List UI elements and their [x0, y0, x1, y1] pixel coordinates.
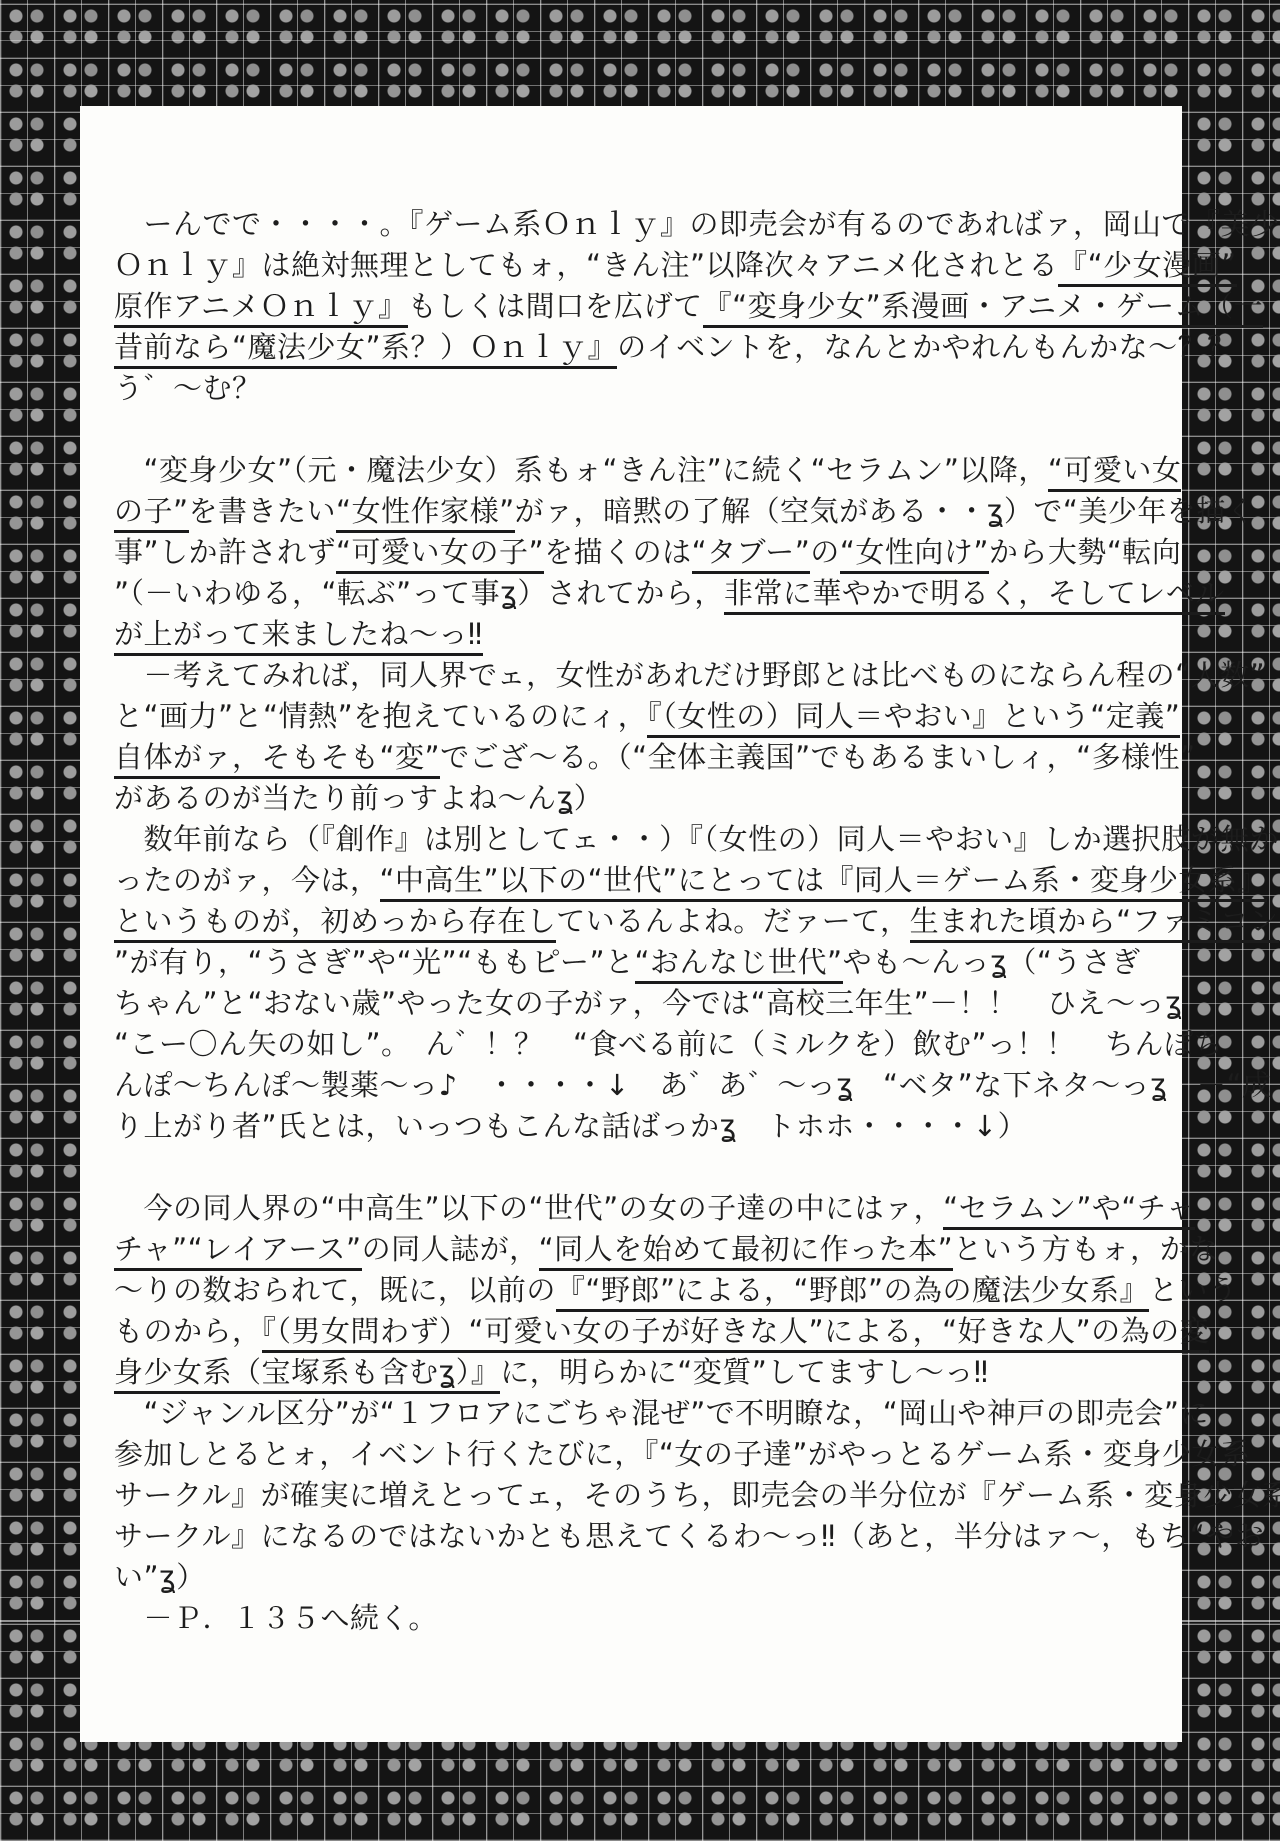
- text-line: －考えてみれば，同人界でェ，女性があれだけ野郎とは比べものにならん程の“人数”: [114, 655, 1172, 696]
- paragraph: “変身少女”（元・魔法少女）系もォ“きん注”に続く“セラムン”以降，“可愛い女の…: [114, 450, 1172, 655]
- text-segment: ーんでで・・・・。『ゲーム系Ｏｎｌｙ』の即売会が有るのであればァ，岡山で『美少女…: [114, 207, 1280, 241]
- text-line: “こー〇ん矢の如し”。 ん゛！？ “食べる前に（ミルクを）飲む”っ！！ ちんぽち: [114, 1024, 1172, 1065]
- text-line: ”が有り，“うさぎ”や“光”“ももピー”と“おんなじ世代”やも～んっʓ（“うさぎ: [114, 942, 1172, 983]
- underlined-text-segment: 『（男女問わず）“可愛い女の子が好きな人”による，“好きな人”の為の変: [262, 1314, 1210, 1353]
- text-segment: やも～んっʓ（“うさぎ: [843, 945, 1141, 979]
- underlined-text-segment: 原作アニメＯｎｌｙ』: [114, 289, 408, 328]
- underlined-text-segment: というものが，初めっから存在し: [114, 904, 556, 943]
- text-segment: もしくは間口を広げて: [408, 289, 703, 323]
- underlined-text-segment: “可愛い女: [1048, 453, 1182, 492]
- text-line: ”（－いわゆる，“転ぶ”って事ʓ）されてから，非常に華やかで明るく，そしてレベル: [114, 573, 1172, 614]
- paragraph: 数年前なら（『創作』は別としてェ・・）『（女性の）同人＝やおい』しか選択肢が無か…: [114, 819, 1172, 1147]
- underlined-text-segment: 『“野郎”による，“野郎”の為の魔法少女系』: [556, 1273, 1149, 1312]
- paragraph: ーんでで・・・・。『ゲーム系Ｏｎｌｙ』の即売会が有るのであればァ，岡山で『美少女…: [114, 204, 1172, 409]
- underlined-text-segment: チャ”“レイアース”: [114, 1232, 362, 1271]
- underlined-text-segment: 『“少女漫画”: [1058, 248, 1237, 287]
- paragraph: 今の同人界の“中高生”以下の“世代”の女の子達の中にはァ，“セラムン”や“チャチ…: [114, 1188, 1172, 1393]
- text-segment: －考えてみれば，同人界でェ，女性があれだけ野郎とは比べものにならん程の“人数”: [114, 658, 1265, 692]
- text-segment: “変身少女”（元・魔法少女）系もォ“きん注”に続く“セラムン”以降，: [114, 453, 1048, 487]
- text-line: ーんでで・・・・。『ゲーム系Ｏｎｌｙ』の即売会が有るのであればァ，岡山で『美少女…: [114, 204, 1172, 245]
- underlined-text-segment: 生まれた頃から“ファミコン: [910, 904, 1279, 943]
- underlined-text-segment: 『“変身少女”系漫画・アニメ・ゲーム（一: [703, 289, 1264, 328]
- underlined-text-segment: “可愛い女の子”: [336, 535, 544, 574]
- text-segment: い”ʓ）: [114, 1560, 206, 1594]
- text-line: があるのが当たり前っすよね～んʓ）: [114, 778, 1172, 819]
- text-segment: ちゃん”と“おない歳”やった女の子がァ，今では“高校三年生”－！！ ひえ～っʓ: [114, 986, 1182, 1020]
- text-line: い”ʓ）: [114, 1557, 1172, 1598]
- text-segment: の: [810, 535, 840, 569]
- paper-page: ーんでで・・・・。『ゲーム系Ｏｎｌｙ』の即売会が有るのであればァ，岡山で『美少女…: [80, 106, 1182, 1742]
- text-segment: ～りの数おられて，既に，以前の: [114, 1273, 556, 1307]
- underlined-text-segment: “女性作家様”: [336, 494, 515, 533]
- text-line: ったのがァ，今は，“中高生”以下の“世代”にとっては『同人＝ゲーム系・変身少女系…: [114, 860, 1172, 901]
- text-line: “ジャンル区分”が“１フロアにごちゃ混ぜ”で不明瞭な，“岡山や神戸の即売会”に: [114, 1393, 1172, 1434]
- text-line: というものが，初めっから存在しているんよね。だァーて，生まれた頃から“ファミコン: [114, 901, 1172, 942]
- text-line: ものから，『（男女問わず）“可愛い女の子が好きな人”による，“好きな人”の為の変: [114, 1311, 1172, 1352]
- underlined-text-segment: 非常に華やかで明るく，そしてレベル: [724, 576, 1225, 615]
- text-line: “変身少女”（元・魔法少女）系もォ“きん注”に続く“セラムン”以降，“可愛い女: [114, 450, 1172, 491]
- text-segment: サークル』になるのではないかとも思えてくるわ～っ‼（あと，半分はァ～，もち“やお: [114, 1519, 1264, 1553]
- text-line: 自体がァ，そもそも“変”でござ～る。（“全体主義国”でもあるまいしィ，“多様性”: [114, 737, 1172, 778]
- text-line: 参加しとるとォ，イベント行くたびに，『“女の子達”がやっとるゲーム系・変身少女系: [114, 1434, 1172, 1475]
- text-line: んぽ～ちんぽ～製薬～っ♪ ・・・・↓ あ゛あ゛～っʓ “ベタ”な下ネタ～っʓ －…: [114, 1065, 1172, 1106]
- text-segment: でござ～る。（“全体主義国”でもあるまいしィ，“多様性”: [440, 740, 1196, 774]
- text-segment: サークル』が確実に増えとってェ，そのうち，即売会の半分位が『ゲーム系・変身少女系: [114, 1478, 1280, 1512]
- text-line: －Ｐ．１３５へ続く。: [114, 1598, 1172, 1639]
- text-segment: ったのがァ，今は，: [114, 863, 380, 897]
- text-line: が上がって来ましたね～っ‼: [114, 614, 1172, 655]
- text-segment: という方もォ，かな: [953, 1232, 1219, 1266]
- text-segment: 事”しか許されず: [114, 535, 336, 569]
- underlined-text-segment: “セラムン”や“チャ: [943, 1191, 1195, 1230]
- text-segment: ているんよね。だァーて，: [556, 904, 909, 938]
- text-line: ～りの数おられて，既に，以前の『“野郎”による，“野郎”の為の魔法少女系』という: [114, 1270, 1172, 1311]
- underlined-text-segment: 昔前なら“魔法少女”系？）Ｏｎｌｙ』: [114, 330, 617, 369]
- underlined-text-segment: 自体がァ，そもそも“変”: [114, 740, 440, 779]
- paragraph: －考えてみれば，同人界でェ，女性があれだけ野郎とは比べものにならん程の“人数”と…: [114, 655, 1172, 819]
- text-segment: “ジャンル区分”が“１フロアにごちゃ混ぜ”で不明瞭な，“岡山や神戸の即売会”に: [114, 1396, 1209, 1430]
- text-segment: から大勢“転向: [989, 535, 1182, 569]
- underlined-text-segment: “同人を始めて最初に作った本”: [539, 1232, 954, 1271]
- text-segment: Ｏｎｌｙ』は絶対無理としてもォ，“きん注”以降次々アニメ化されとる: [114, 248, 1058, 282]
- text-segment: のイベントを，なんとかやれんもんかな～？？: [617, 330, 1237, 364]
- text-segment: という: [1149, 1273, 1238, 1307]
- text-segment: と“画力”と“情熱”を抱えているのにィ，: [114, 699, 647, 733]
- text-line: 原作アニメＯｎｌｙ』もしくは間口を広げて『“変身少女”系漫画・アニメ・ゲーム（一: [114, 286, 1172, 327]
- underlined-text-segment: 『（女性の）同人＝やおい』という“定義”: [647, 699, 1180, 738]
- text-segment: んぽ～ちんぽ～製薬～っ♪ ・・・・↓ あ゛あ゛～っʓ “ベタ”な下ネタ～っʓ －…: [114, 1068, 1271, 1102]
- underlined-text-segment: が上がって来ましたね～っ‼: [114, 617, 483, 656]
- text-segment: り上がり者”氏とは，いっつもこんな話ばっかʓ トホホ・・・・↓）: [114, 1109, 1027, 1143]
- text-line: Ｏｎｌｙ』は絶対無理としてもォ，“きん注”以降次々アニメ化されとる『“少女漫画”: [114, 245, 1172, 286]
- text-line: ちゃん”と“おない歳”やった女の子がァ，今では“高校三年生”－！！ ひえ～っʓ: [114, 983, 1172, 1024]
- underlined-text-segment: “中高生”以下の“世代”にとっては『同人＝ゲーム系・変身少女系』: [380, 863, 1268, 902]
- text-segment: を書きたい: [189, 494, 337, 528]
- scanned-doujinshi-page: { "page": { "kind": "scanned Japanese te…: [0, 0, 1280, 1841]
- text-segment: －Ｐ．１３５へ続く。: [114, 1601, 438, 1635]
- text-segment: 数年前なら（『創作』は別としてェ・・）『（女性の）同人＝やおい』しか選択肢が無か: [114, 822, 1279, 856]
- underlined-text-segment: “タブー”: [692, 535, 811, 574]
- underlined-text-segment: 身少女系（宝塚系も含むʓ）』: [114, 1355, 500, 1394]
- text-line: 身少女系（宝塚系も含むʓ）』に，明らかに“変質”してますし～っ‼: [114, 1352, 1172, 1393]
- text-segment: ものから，: [114, 1314, 262, 1348]
- underlined-text-segment: “女性向け”: [840, 535, 989, 574]
- text-line: 事”しか許されず“可愛い女の子”を描くのは“タブー”の“女性向け”から大勢“転向: [114, 532, 1172, 573]
- text-line: う゛～む？: [114, 368, 1172, 409]
- text-line: 今の同人界の“中高生”以下の“世代”の女の子達の中にはァ，“セラムン”や“チャ: [114, 1188, 1172, 1229]
- paragraph: “ジャンル区分”が“１フロアにごちゃ混ぜ”で不明瞭な，“岡山や神戸の即売会”に参…: [114, 1393, 1172, 1639]
- text-segment: ”が有り，“うさぎ”や“光”“ももピー”と: [114, 945, 635, 979]
- text-line: チャ”“レイアース”の同人誌が，“同人を始めて最初に作った本”という方もォ，かな: [114, 1229, 1172, 1270]
- text-line: り上がり者”氏とは，いっつもこんな話ばっかʓ トホホ・・・・↓）: [114, 1106, 1172, 1147]
- text-segment: ”（－いわゆる，“転ぶ”って事ʓ）されてから，: [114, 576, 724, 610]
- text-segment: 今の同人界の“中高生”以下の“世代”の女の子達の中にはァ，: [114, 1191, 943, 1225]
- text-line: 昔前なら“魔法少女”系？）Ｏｎｌｙ』のイベントを，なんとかやれんもんかな～？？: [114, 327, 1172, 368]
- text-segment: 参加しとるとォ，イベント行くたびに，『“女の子達”がやっとるゲーム系・変身少女系: [114, 1437, 1250, 1471]
- text-line: と“画力”と“情熱”を抱えているのにィ，『（女性の）同人＝やおい』という“定義”: [114, 696, 1172, 737]
- text-segment: “こー〇ん矢の如し”。 ん゛！？ “食べる前に（ミルクを）飲む”っ！！ ちんぽち: [114, 1027, 1223, 1061]
- text-segment: があるのが当たり前っすよね～んʓ）: [114, 781, 603, 815]
- text-line: サークル』になるのではないかとも思えてくるわ～っ‼（あと，半分はァ～，もち“やお: [114, 1516, 1172, 1557]
- text-line: の子”を書きたい“女性作家様”がァ，暗黙の了解（空気がある・・ʓ）で“美少年を描…: [114, 491, 1172, 532]
- underlined-text-segment: の子”: [114, 494, 189, 533]
- text-segment: に，明らかに“変質”してますし～っ‼: [500, 1355, 988, 1389]
- text-segment: う゛～む？: [114, 371, 262, 405]
- body-text: ーんでで・・・・。『ゲーム系Ｏｎｌｙ』の即売会が有るのであればァ，岡山で『美少女…: [114, 204, 1172, 1639]
- text-line: サークル』が確実に増えとってェ，そのうち，即売会の半分位が『ゲーム系・変身少女系: [114, 1475, 1172, 1516]
- text-line: 数年前なら（『創作』は別としてェ・・）『（女性の）同人＝やおい』しか選択肢が無か: [114, 819, 1172, 860]
- text-segment: を描くのは: [544, 535, 692, 569]
- underlined-text-segment: “おんなじ世代”: [635, 945, 843, 984]
- text-segment: がァ，暗黙の了解（空気がある・・ʓ）で“美少年を描く: [515, 494, 1256, 528]
- text-segment: の同人誌が，: [362, 1232, 539, 1266]
